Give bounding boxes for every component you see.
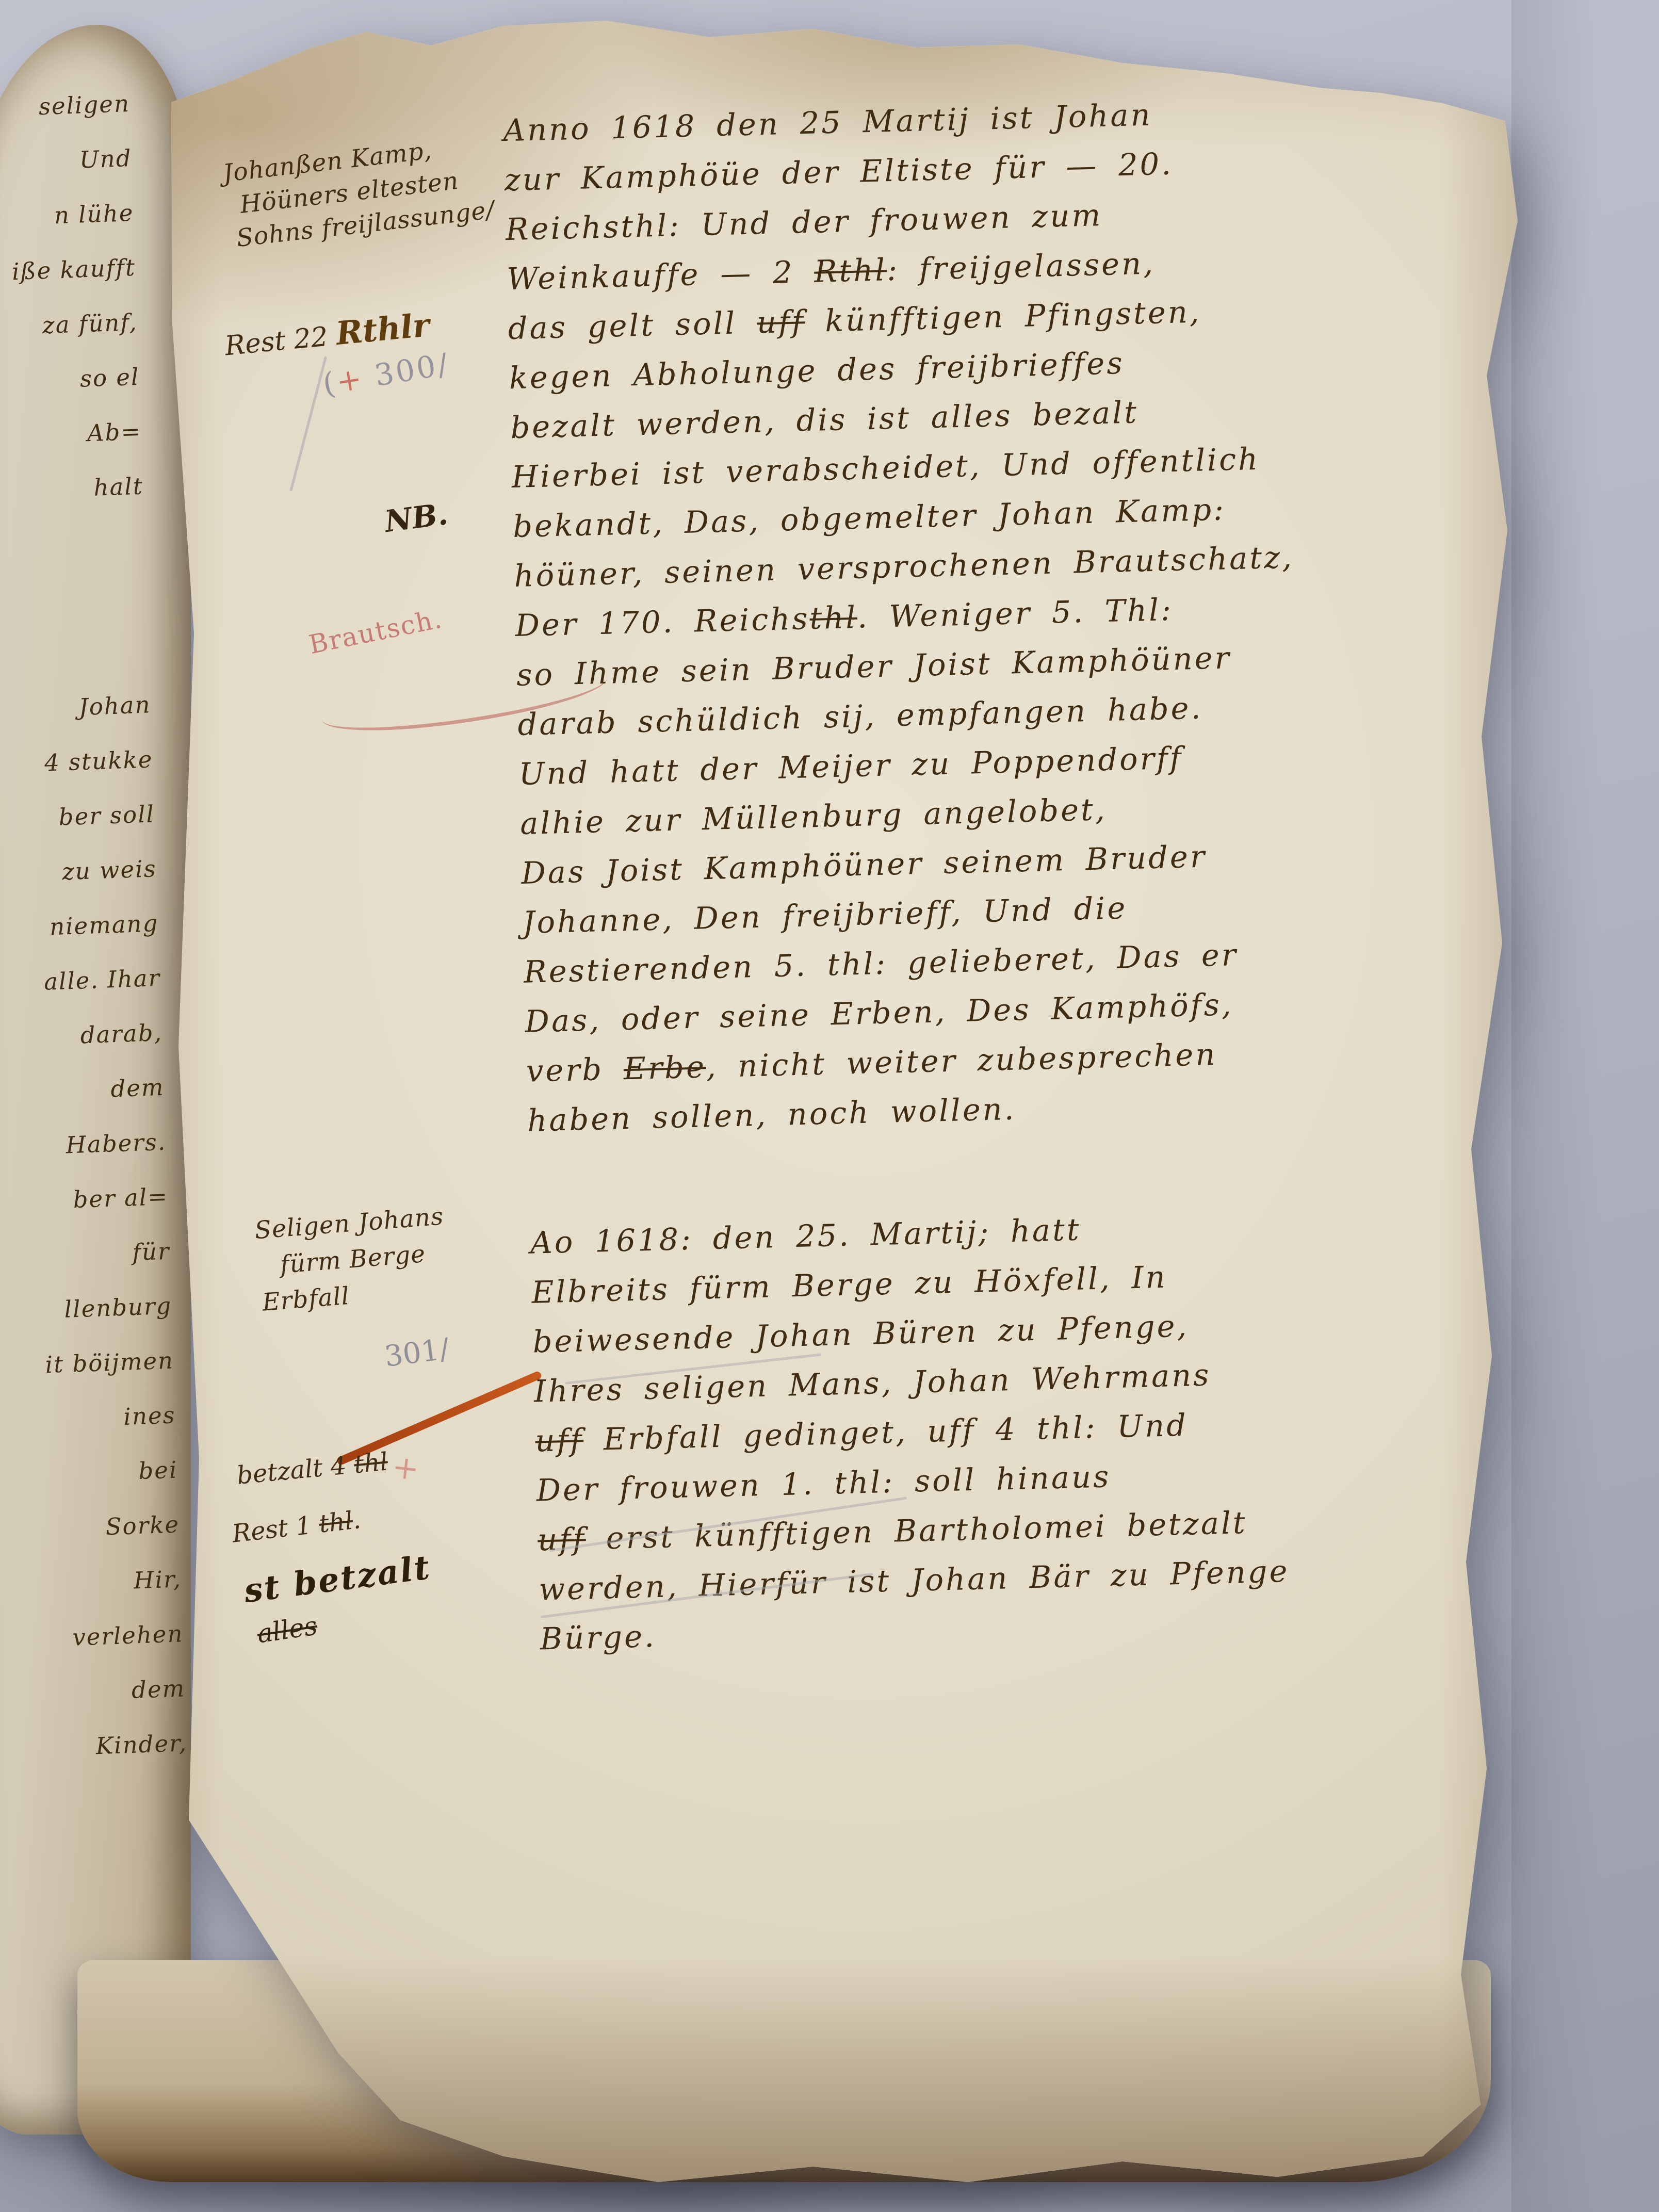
text-line	[0, 568, 148, 628]
struck-word: uff	[756, 303, 805, 340]
struck-word: alles	[255, 1611, 319, 1649]
text-line: Und	[0, 131, 133, 191]
entry2-body-text: Ao 1618: den 25. Martij; hattElbreits fü…	[530, 1200, 1291, 1664]
currency-abbreviation: Rthlr	[334, 306, 431, 352]
paid-note: st betzalt	[242, 1548, 433, 1611]
text-line: Johan	[0, 677, 152, 738]
text-line: n lühe	[0, 186, 135, 246]
text-line: ber soll	[0, 787, 156, 847]
page-content: 178 Johanßen Kamp, Höüners eltesten Sohn…	[139, 0, 1590, 2209]
struck-word: uff	[535, 1422, 584, 1458]
text-line: alle. Ihar	[0, 951, 161, 1011]
text-line: za fünf,	[0, 295, 138, 355]
page-number: 178	[1412, 30, 1476, 91]
manuscript-page: 178 Johanßen Kamp, Höüners eltesten Sohn…	[139, 14, 1537, 2197]
text-line: zu weis	[0, 841, 157, 902]
struck-note: alles	[255, 1611, 319, 1649]
pencil-number-annotation: 301/	[383, 1332, 451, 1374]
struck-word: uff	[537, 1521, 586, 1557]
struck-word: thl	[318, 1506, 354, 1539]
rest-label: Rest 22	[223, 320, 337, 362]
struck-word: Erbe	[623, 1049, 707, 1086]
pencil-amount: 300/	[361, 346, 452, 395]
text-line	[0, 513, 146, 574]
struck-word: thl	[809, 599, 858, 636]
manuscript-page-wrap: 178 Johanßen Kamp, Höüners eltesten Sohn…	[139, 14, 1537, 2197]
entry1-body-text: Anno 1618 den 25 Martij ist Johanzur Kam…	[502, 87, 1308, 1145]
text-line: so el	[0, 350, 140, 410]
struck-word: Rthl	[814, 252, 887, 289]
text-line: niemang	[0, 896, 159, 956]
entry1-margin-note: Johanßen Kamp, Höüners eltesten Sohns fr…	[221, 128, 496, 256]
text-line: iße kaufft	[0, 240, 137, 301]
red-plus-mark: +	[391, 1447, 421, 1488]
red-crayon-note: Brautsch.	[306, 604, 445, 660]
entry2-margin-note: Seligen Johans fürm Berge Erbfall	[253, 1198, 450, 1321]
payment-note: betzalt 4 thl	[236, 1447, 389, 1490]
text-line: seligen	[0, 76, 131, 137]
text-line: halt	[0, 459, 144, 519]
rest-note: Rest 1 thl.	[231, 1505, 362, 1549]
nota-bene-mark: NB.	[383, 496, 450, 539]
entry1-pencil-annotation: (+ 300/	[320, 346, 452, 402]
text-line: 4 stukke	[0, 732, 154, 792]
text-line	[0, 623, 150, 683]
struck-word: thl	[353, 1447, 389, 1479]
text-line: Ab=	[0, 404, 142, 465]
red-plus-mark: +	[334, 361, 366, 400]
